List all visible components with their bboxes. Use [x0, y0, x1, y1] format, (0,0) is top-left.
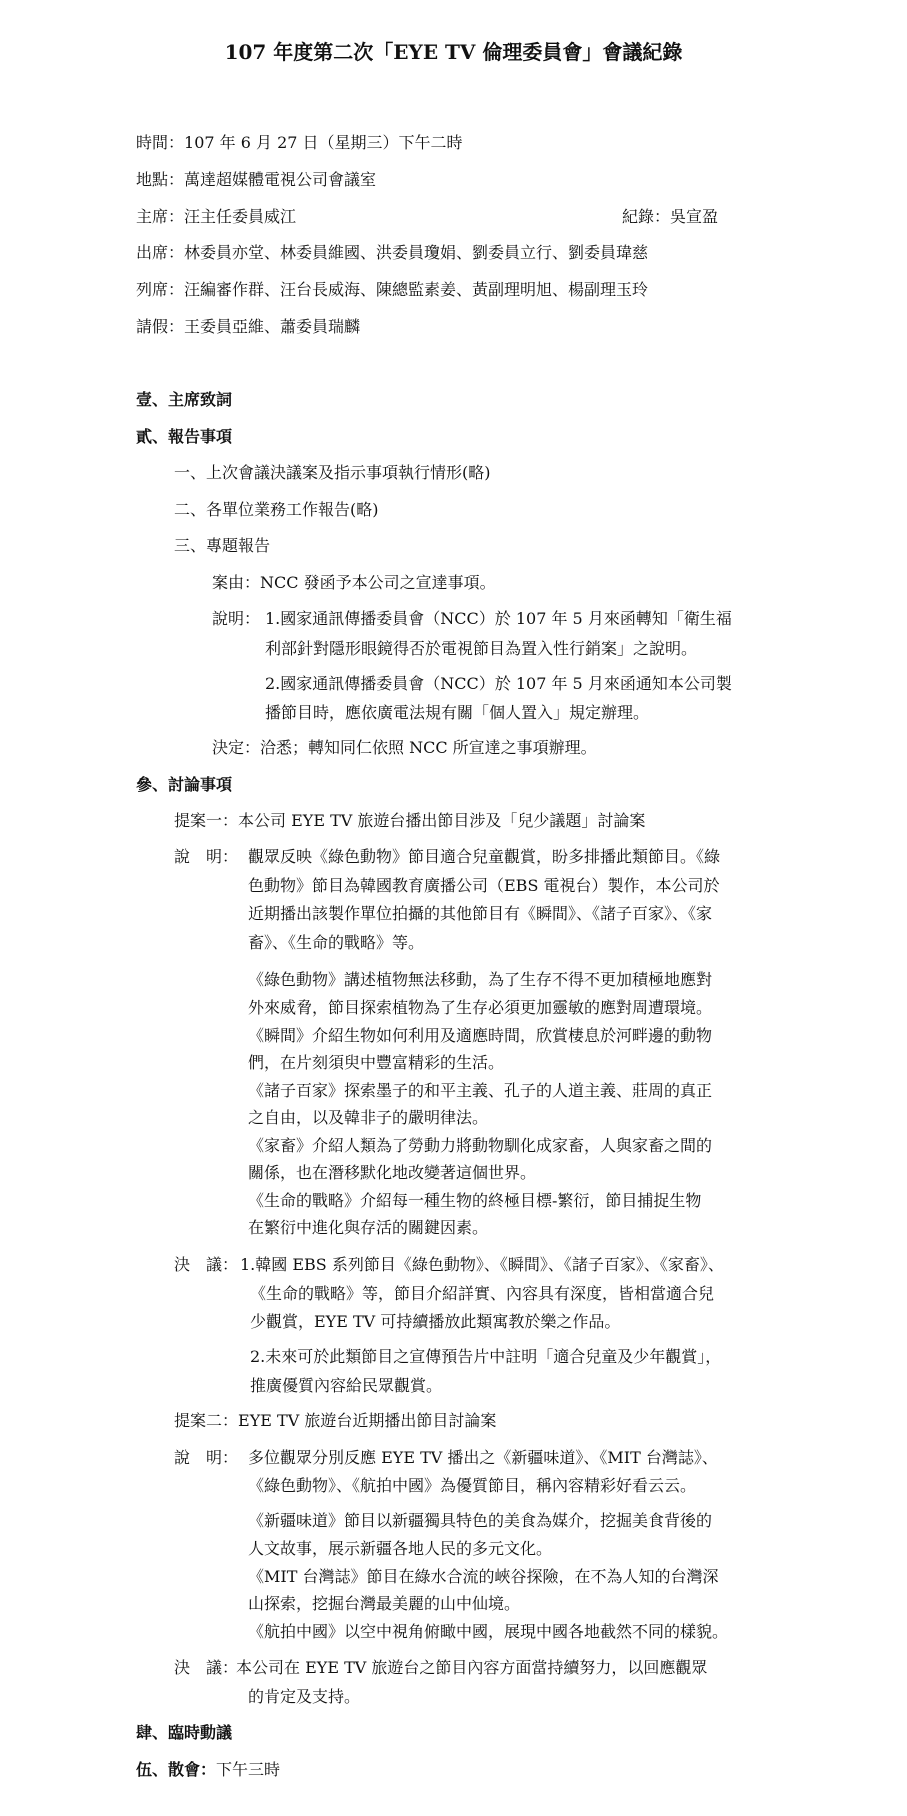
proposal-1-para-line: 外來威脅，節目探索植物為了生存必須更加靈敏的應對周遭環境。: [248, 998, 712, 1018]
meta-recorder-label: 紀錄：: [622, 207, 670, 226]
proposal-2-label: 提案二：: [174, 1411, 238, 1430]
topic-decision: 決定：洽悉；轉知同仁依照 NCC 所宣達之事項辦理。: [212, 738, 597, 758]
section-heading-3: 參、討論事項: [136, 775, 232, 795]
meta-attendees-label: 出席：: [136, 243, 184, 262]
proposal-1-resolution-line: 推廣優質內容給民眾觀賞。: [250, 1376, 442, 1396]
section-heading-5: 伍、散會：下午三時: [136, 1760, 280, 1780]
proposal-1-para-line: 《綠色動物》講述植物無法移動，為了生存不得不更加積極地應對: [248, 970, 712, 990]
topic-desc-line: 2.國家通訊傳播委員會（NCC）於 107 年 5 月來函通知本公司製: [265, 674, 732, 694]
proposal-2-para-line: 《航拍中國》以空中視角俯瞰中國，展現中國各地截然不同的樣貌。: [248, 1622, 728, 1642]
proposal-2-resolution-line: 本公司在 EYE TV 旅遊台之節目內容方面當持續努力，以回應觀眾: [236, 1658, 707, 1678]
proposal-1-desc-line: 近期播出該製作單位拍攝的其他節目有《瞬間》、《諸子百家》、《家: [248, 904, 712, 924]
meta-observers-value: 汪編審作群、汪台長威海、陳總監素姜、黃副理明旭、楊副理玉玲: [184, 280, 648, 299]
topic-decision-label: 決定：: [212, 738, 260, 757]
meta-place-label: 地點：: [136, 170, 184, 189]
meta-attendees-value: 林委員亦堂、林委員維國、洪委員瓊娟、劉委員立行、劉委員瑋慈: [184, 243, 648, 262]
topic-cause: 案由：NCC 發函予本公司之宣達事項。: [212, 573, 496, 593]
proposal-1-desc-label: 說 明：: [174, 847, 238, 867]
proposal-2-title: EYE TV 旅遊台近期播出節目討論案: [238, 1411, 496, 1430]
proposal-2-resolution-label: 決 議：: [174, 1658, 238, 1678]
meta-absent-label: 請假：: [136, 317, 184, 336]
section-heading-2: 貳、報告事項: [136, 427, 232, 447]
proposal-1-desc-line: 色動物》節目為韓國教育廣播公司（EBS 電視台）製作，本公司於: [248, 876, 720, 896]
proposal-1-para-line: 《諸子百家》探索墨子的和平主義、孔子的人道主義、莊周的真正: [248, 1081, 712, 1101]
proposal-2-para-line: 《新疆味道》節目以新疆獨具特色的美食為媒介，挖掘美食背後的: [248, 1511, 712, 1531]
topic-desc-line: 利部針對隱形眼鏡得否於電視節目為置入性行銷案」之說明。: [265, 639, 697, 659]
proposal-1-title: 本公司 EYE TV 旅遊台播出節目涉及「兒少議題」討論案: [238, 811, 645, 830]
topic-desc-label: 說明：: [212, 609, 260, 629]
proposal-2-para-line: 《MIT 台灣誌》節目在綠水合流的峽谷探險，在不為人知的台灣深: [248, 1567, 718, 1587]
proposal-1-para-line: 之自由，以及韓非子的嚴明律法。: [248, 1108, 488, 1128]
proposal-2-para-line: 人文故事，展示新疆各地人民的多元文化。: [248, 1539, 552, 1559]
proposal-1-resolution-line: 1.韓國 EBS 系列節目《綠色動物》、《瞬間》、《諸子百家》、《家畜》、: [240, 1255, 724, 1275]
report-item-2: 二、各單位業務工作報告(略): [174, 500, 379, 520]
meta-observers-label: 列席：: [136, 280, 184, 299]
proposal-1-para-line: 《家畜》介紹人類為了勞動力將動物馴化成家畜，人與家畜之間的: [248, 1136, 712, 1156]
adjourn-label: 伍、散會：: [136, 1760, 216, 1779]
topic-cause-label: 案由：: [212, 573, 260, 592]
document-title: 107 年度第二次「EYE TV 倫理委員會」會議紀錄: [0, 40, 907, 64]
proposal-1-resolution-line: 少觀賞，EYE TV 可持續播放此類寓教於樂之作品。: [250, 1312, 620, 1332]
proposal-1-para-line: 在繁衍中進化與存活的關鍵因素。: [248, 1218, 488, 1238]
meta-time: 時間：107 年 6 月 27 日（星期三）下午二時: [136, 133, 463, 153]
proposal-1-para-line: 《瞬間》介紹生物如何利用及適應時間，欣賞棲息於河畔邊的動物: [248, 1026, 712, 1046]
meta-time-value: 107 年 6 月 27 日（星期三）下午二時: [184, 133, 463, 152]
proposal-1-resolution-line: 《生命的戰略》等，節目介紹詳實、內容具有深度，皆相當適合兒: [250, 1284, 714, 1304]
report-item-1: 一、上次會議決議案及指示事項執行情形(略): [174, 463, 491, 483]
meta-absent: 請假：王委員亞維、蕭委員瑞麟: [136, 317, 360, 337]
proposal-2-para-line: 山探索，挖掘台灣最美麗的山中仙境。: [248, 1594, 520, 1614]
meta-place: 地點：萬達超媒體電視公司會議室: [136, 170, 376, 190]
proposal-1-desc-line: 觀眾反映《綠色動物》節目適合兒童觀賞，盼多排播此類節目。《綠: [248, 847, 720, 867]
meta-recorder-value: 吳宣盈: [670, 207, 718, 226]
report-item-3: 三、專題報告: [174, 536, 270, 556]
adjourn-time: 下午三時: [216, 1760, 280, 1779]
proposal-2-heading: 提案二：EYE TV 旅遊台近期播出節目討論案: [174, 1411, 496, 1431]
proposal-1-para-line: 關係，也在潛移默化地改變著這個世界。: [248, 1163, 536, 1183]
proposal-2-desc-line: 《綠色動物》、《航拍中國》為優質節目，稱內容精彩好看云云。: [248, 1476, 696, 1496]
proposal-1-resolution-line: 2.未來可於此類節目之宣傳預告片中註明「適合兒童及少年觀賞」，: [250, 1347, 721, 1367]
topic-decision-value: 洽悉；轉知同仁依照 NCC 所宣達之事項辦理。: [260, 738, 597, 757]
section-heading-4: 肆、臨時動議: [136, 1723, 232, 1743]
meta-attendees: 出席：林委員亦堂、林委員維國、洪委員瓊娟、劉委員立行、劉委員瑋慈: [136, 243, 648, 263]
proposal-2-desc-line: 多位觀眾分別反應 EYE TV 播出之《新疆味道》、《MIT 台灣誌》、: [248, 1448, 718, 1468]
proposal-2-resolution-line: 的肯定及支持。: [248, 1687, 360, 1707]
topic-desc-line: 1.國家通訊傳播委員會（NCC）於 107 年 5 月來函轉知「衛生福: [265, 609, 732, 629]
proposal-1-para-line: 《生命的戰略》介紹每一種生物的終極目標-繁衍，節目捕捉生物: [248, 1191, 701, 1211]
proposal-1-resolution-label: 決 議：: [174, 1255, 238, 1275]
section-heading-1: 壹、主席致詞: [136, 390, 232, 410]
meta-chair-label: 主席：: [136, 207, 184, 226]
proposal-1-desc-line: 畜》、《生命的戰略》等。: [248, 933, 424, 953]
topic-desc-line: 播節目時，應依廣電法規有關「個人置入」規定辦理。: [265, 703, 649, 723]
proposal-1-label: 提案一：: [174, 811, 238, 830]
meta-absent-value: 王委員亞維、蕭委員瑞麟: [184, 317, 360, 336]
meta-chair: 主席：汪主任委員威江: [136, 207, 296, 227]
meta-place-value: 萬達超媒體電視公司會議室: [184, 170, 376, 189]
proposal-1-para-line: 們，在片刻須臾中豐富精彩的生活。: [248, 1053, 504, 1073]
meta-recorder: 紀錄：吳宣盈: [622, 207, 718, 227]
meta-chair-value: 汪主任委員威江: [184, 207, 296, 226]
proposal-2-desc-label: 說 明：: [174, 1448, 238, 1468]
proposal-1-heading: 提案一：本公司 EYE TV 旅遊台播出節目涉及「兒少議題」討論案: [174, 811, 645, 831]
topic-cause-value: NCC 發函予本公司之宣達事項。: [260, 573, 496, 592]
meta-observers: 列席：汪編審作群、汪台長威海、陳總監素姜、黃副理明旭、楊副理玉玲: [136, 280, 648, 300]
meta-time-label: 時間：: [136, 133, 184, 152]
